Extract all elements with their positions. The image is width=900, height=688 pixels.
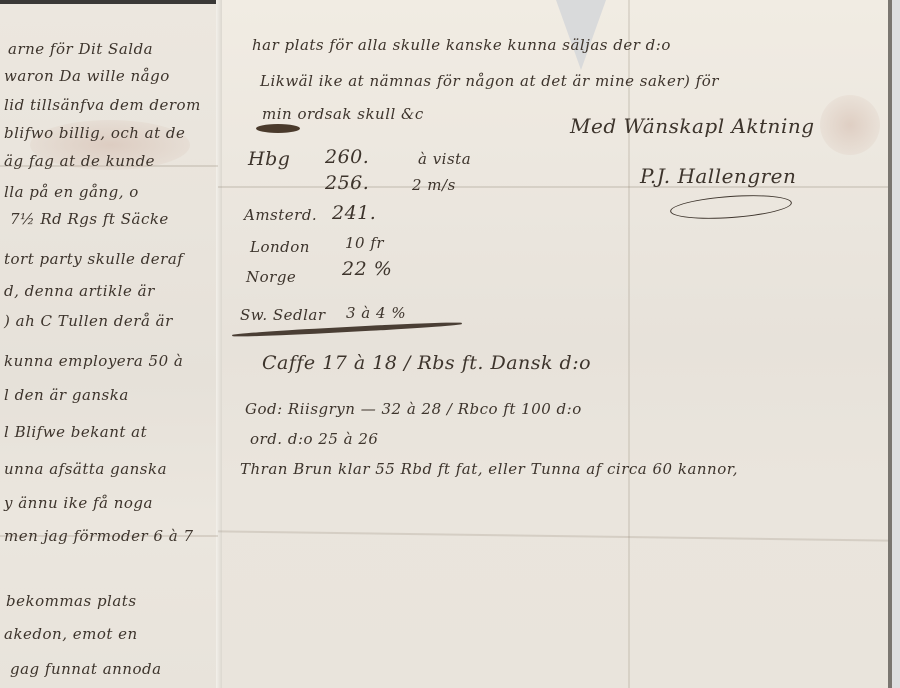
rate-value: 3 à 4 % <box>346 304 406 322</box>
rate-label: Norge <box>246 268 296 286</box>
rate-value: 10 fr <box>345 234 384 252</box>
left-line-9: d, denna artikle är <box>4 282 155 300</box>
rate-label: Hbg <box>248 148 290 170</box>
page-right-edge <box>888 0 892 688</box>
rate-label: London <box>250 238 310 256</box>
left-line-4: blifwo billig, och at de <box>4 124 185 142</box>
rate-note: 2 m/s <box>412 176 456 194</box>
ink-blot <box>256 124 300 133</box>
rate-value: 241. <box>332 202 376 224</box>
left-line-3: lid tillsänfva dem derom <box>4 96 201 114</box>
left-line-1: arne för Dit Salda <box>8 40 153 58</box>
commodity-line: Caffe 17 à 18 / Rbs ft. Dansk d:o <box>262 352 591 374</box>
left-line-13: l Blifwe bekant at <box>4 423 147 441</box>
main-line-2: Likwäl ike at nämnas för någon at det är… <box>260 72 719 90</box>
rate-note: à vista <box>418 150 471 168</box>
main-line-3: min ordsak skull &c <box>262 105 424 123</box>
left-line-18: akedon, emot en <box>4 625 138 643</box>
rate-value: 260. <box>325 146 369 168</box>
commodity-line: ord. d:o 25 à 26 <box>250 430 378 448</box>
torn-notch <box>556 0 606 70</box>
rate-label: Amsterd. <box>244 206 317 224</box>
rate-value: 256. <box>325 172 369 194</box>
left-line-8: tort party skulle deraf <box>4 250 183 268</box>
closing-salutation: Med Wänskapl Aktning <box>570 114 815 138</box>
fold-line <box>628 0 630 688</box>
scan-background-right <box>892 0 900 688</box>
left-line-2: waron Da wille någo <box>4 67 170 85</box>
rate-value: 22 % <box>342 258 392 280</box>
commodity-line: God: Riisgryn — 32 à 28 / Rbco ft 100 d:… <box>245 400 582 418</box>
main-line-1: har plats för alla skulle kanske kunna s… <box>252 36 671 54</box>
left-line-7: 7½ Rd Rgs ft Säcke <box>10 210 169 228</box>
left-line-17: bekommas plats <box>6 592 137 610</box>
left-line-15: y ännu ike få noga <box>4 494 153 512</box>
stamp-stain <box>820 95 880 155</box>
left-line-6: lla på en gång, o <box>4 183 139 201</box>
letter-main-page <box>218 0 892 688</box>
left-line-19: gag funnat annoda <box>10 660 162 678</box>
left-line-11: kunna employera 50 à <box>4 352 183 370</box>
left-line-14: unna afsätta ganska <box>4 460 167 478</box>
rate-label: Sw. Sedlar <box>240 306 326 324</box>
left-line-16: men jag förmoder 6 à 7 <box>4 527 193 545</box>
signature: P.J. Hallengren <box>640 164 796 188</box>
left-line-5: äg fag at de kunde <box>4 152 155 170</box>
commodity-line: Thran Brun klar 55 Rbd ft fat, eller Tun… <box>240 460 738 478</box>
left-line-10: ) ah C Tullen derå är <box>4 312 173 330</box>
fold-edge <box>216 0 222 688</box>
left-line-12: l den är ganska <box>4 386 129 404</box>
